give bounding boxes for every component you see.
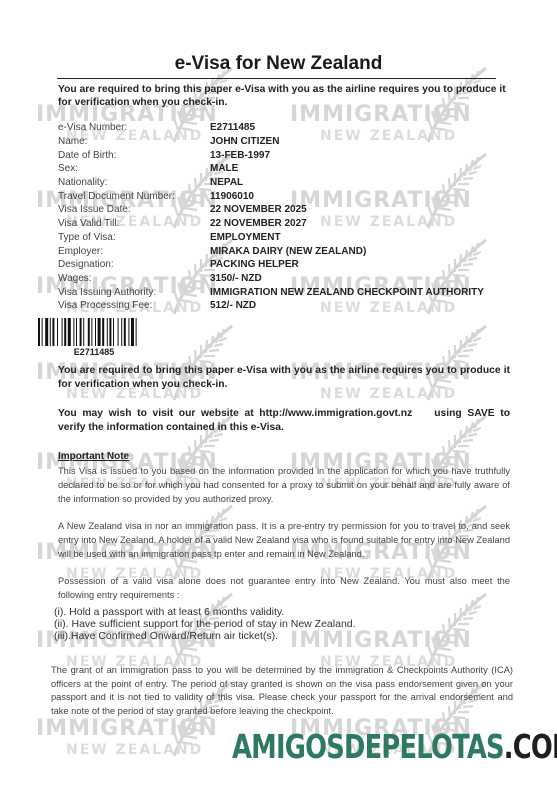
barcode-icon bbox=[38, 318, 150, 346]
field-row: Designation:PACKING HELPER bbox=[58, 258, 518, 272]
branding-tld: .COM bbox=[504, 727, 557, 766]
important-note-heading: Important Note bbox=[58, 451, 129, 462]
field-value: NEPAL bbox=[210, 177, 243, 188]
field-row: e-Visa Number:E2711485 bbox=[58, 121, 518, 135]
notice-repeat: You are required to bring this paper e-V… bbox=[58, 364, 510, 392]
field-row: Name:JOHN CITIZEN bbox=[58, 135, 518, 149]
field-value: IMMIGRATION NEW ZEALAND CHECKPOINT AUTHO… bbox=[210, 287, 484, 298]
field-value: 22 NOVEMBER 2025 bbox=[210, 204, 307, 215]
field-label: Visa Issue Date: bbox=[58, 204, 210, 215]
requirement-item: (ii). Have sufficient support for the pe… bbox=[54, 618, 474, 630]
field-label: Wages: bbox=[58, 273, 210, 284]
field-row: Visa Issue Date:22 NOVEMBER 2025 bbox=[58, 203, 518, 217]
field-label: Type of Visa: bbox=[58, 232, 210, 243]
field-value: EMPLOYMENT bbox=[210, 232, 281, 243]
field-label: Visa Processing Fee: bbox=[58, 300, 210, 311]
field-label: Nationality: bbox=[58, 177, 210, 188]
field-row: Wages:3150/- NZD bbox=[58, 272, 518, 286]
field-row: Visa Issuing Authority:IMMIGRATION NEW Z… bbox=[58, 285, 518, 299]
field-value: 512/- NZD bbox=[210, 300, 256, 311]
visa-details: e-Visa Number:E2711485Name:JOHN CITIZEND… bbox=[58, 121, 518, 313]
grant-paragraph: The grant of an immigration pass to you … bbox=[51, 664, 513, 718]
field-value: 22 NOVEMBER 2027 bbox=[210, 218, 307, 229]
field-value: E2711485 bbox=[210, 122, 255, 133]
field-label: Travel Document Number: bbox=[58, 191, 210, 202]
field-label: Name: bbox=[58, 136, 210, 147]
field-row: Date of Birth:13-FEB-1997 bbox=[58, 148, 518, 162]
field-row: Nationality:NEPAL bbox=[58, 176, 518, 190]
field-value: MALE bbox=[210, 163, 238, 174]
field-value: 11906010 bbox=[210, 191, 254, 202]
website-notice: You may wish to visit our website at htt… bbox=[58, 407, 510, 435]
requirement-item: (i). Hold a passport with at least 6 mon… bbox=[54, 606, 474, 618]
field-label: Sex: bbox=[58, 163, 210, 174]
website-link[interactable]: http://www.immigration.govt.nz bbox=[259, 408, 412, 419]
document-title: e-Visa for New Zealand bbox=[0, 53, 557, 75]
field-value: 13-FEB-1997 bbox=[210, 150, 270, 161]
site-branding: AMIGOSDEPELOTAS.COM bbox=[232, 727, 557, 766]
field-label: Visa Valid Till: bbox=[58, 218, 210, 229]
field-value: JOHN CITIZEN bbox=[210, 136, 279, 147]
branding-name: AMIGOSDEPELOTAS bbox=[232, 727, 504, 766]
field-label: Date of Birth: bbox=[58, 150, 210, 161]
field-value: PACKING HELPER bbox=[210, 259, 299, 270]
field-label: e-Visa Number: bbox=[58, 122, 210, 133]
field-row: Visa Processing Fee:512/- NZD bbox=[58, 299, 518, 313]
field-row: Travel Document Number:11906010 bbox=[58, 189, 518, 203]
intro-notice: You are required to bring this paper e-V… bbox=[58, 83, 508, 109]
field-row: Visa Valid Till:22 NOVEMBER 2027 bbox=[58, 217, 518, 231]
field-row: Type of Visa:EMPLOYMENT bbox=[58, 231, 518, 245]
important-note-paragraph-2: A New Zealand visa in nor an immigration… bbox=[58, 519, 510, 561]
important-note-paragraph-3: Possession of a valid visa alone does no… bbox=[58, 574, 510, 602]
field-value: 3150/- NZD bbox=[210, 273, 262, 284]
evisa-document: e-Visa for New Zealand You are required … bbox=[0, 0, 557, 791]
field-row: Employer:MIRAKA DAIRY (NEW ZEALAND) bbox=[58, 244, 518, 258]
field-row: Sex:MALE bbox=[58, 162, 518, 176]
important-note-paragraph-1: This Visa is issued to you based on the … bbox=[58, 464, 510, 506]
field-label: Designation: bbox=[58, 259, 210, 270]
entry-requirements-list: (i). Hold a passport with at least 6 mon… bbox=[54, 606, 474, 642]
title-divider bbox=[57, 78, 496, 79]
barcode-number: E2711485 bbox=[38, 347, 150, 357]
website-notice-prefix: You may wish to visit our website at bbox=[58, 408, 259, 419]
field-value: MIRAKA DAIRY (NEW ZEALAND) bbox=[210, 246, 366, 257]
field-label: Employer: bbox=[58, 246, 210, 257]
requirement-item: (iii).Have Confirmed Onward/Return air t… bbox=[54, 630, 474, 642]
field-label: Visa Issuing Authority: bbox=[58, 287, 210, 298]
